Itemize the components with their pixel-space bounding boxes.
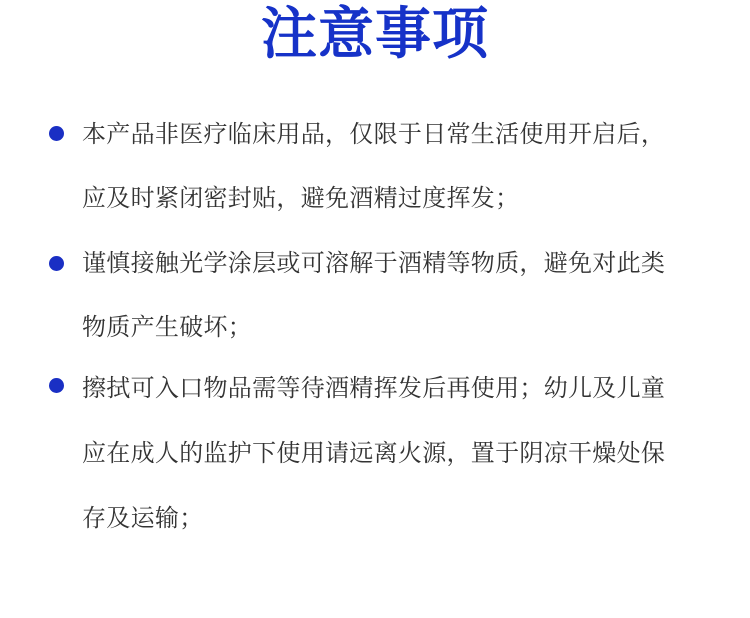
item-line: 谨慎接触光学涂层或可溶解于酒精等物质，避免对此类 — [82, 231, 712, 295]
bullet-dot-icon — [49, 256, 64, 271]
item-line: 物质产生破坏； — [82, 295, 712, 359]
item-line: 应在成人的监护下使用请远离火源，置于阴凉干燥处保 — [82, 421, 712, 485]
item-line: 应及时紧闭密封贴，避免酒精过度挥发； — [82, 166, 712, 230]
item-line: 本产品非医疗临床用品，仅限于日常生活使用开启后， — [82, 102, 712, 166]
bullet-dot-icon — [49, 126, 64, 141]
item-line: 存及运输； — [82, 486, 712, 550]
item-line: 擦拭可入口物品需等待酒精挥发后再使用；幼儿及儿童 — [82, 356, 712, 420]
bullet-dot-icon — [49, 378, 64, 393]
page-title: 注意事项 — [0, 2, 750, 68]
